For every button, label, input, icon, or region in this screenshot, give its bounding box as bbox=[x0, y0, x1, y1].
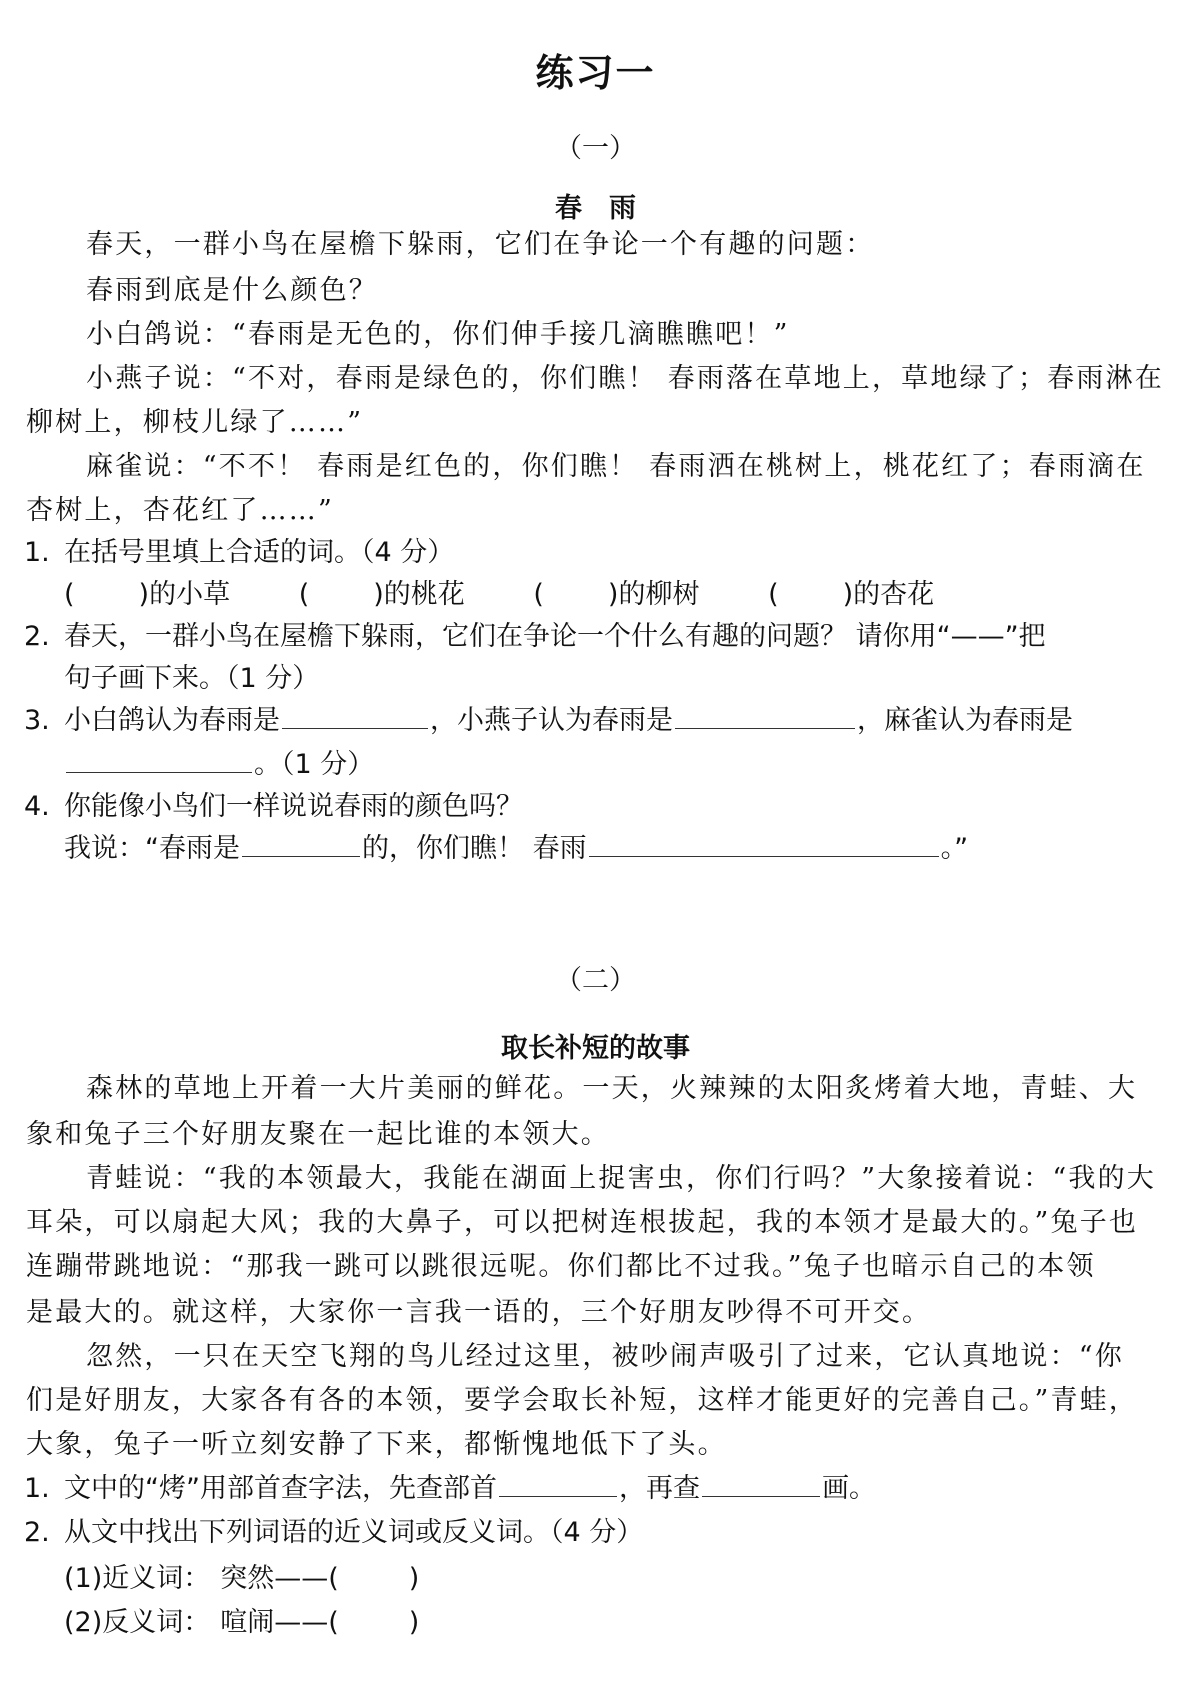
question-number: 2. bbox=[24, 1510, 64, 1556]
answer-blank[interactable] bbox=[66, 742, 252, 773]
s1-paragraph: 杏树上，杏花红了……” bbox=[26, 488, 1166, 534]
s2-paragraph: 忽然，一只在天空飞翔的鸟儿经过这里，被吵闹声吸引了过来，它认真地说：“你 bbox=[86, 1334, 1191, 1380]
s2-paragraph: 象和兔子三个好朋友聚在一起比谁的本领大。 bbox=[26, 1112, 1166, 1158]
s1-paragraph: 春天，一群小鸟在屋檐下躲雨，它们在争论一个有趣的问题： bbox=[86, 222, 1191, 268]
question-number: 3. bbox=[24, 698, 64, 744]
section-2-story-title: 取长补短的故事 bbox=[0, 1026, 1191, 1065]
s1-q1-fill-row: ()的小草 ()的桃花 ()的柳树 ()的杏花 bbox=[64, 572, 1191, 618]
question-text: ，小燕子认为春雨是 bbox=[430, 705, 673, 736]
fill-paren[interactable]: () bbox=[299, 579, 384, 610]
answer-blank[interactable] bbox=[242, 826, 360, 857]
question-number: 2. bbox=[24, 614, 64, 660]
s1-question-1: 1.在括号里填上合适的词。（4 分） bbox=[24, 530, 1174, 576]
s2-paragraph: 耳朵，可以扇起大风；我的大鼻子，可以把树连根拔起，我的本领才是最大的。”兔子也 bbox=[26, 1200, 1166, 1246]
question-text: 春天，一群小鸟在屋檐下躲雨，它们在争论一个什么有趣的问题？ 请你用“——”把 bbox=[64, 621, 1046, 652]
s1-question-3: 3.小白鸽认为春雨是，小燕子认为春雨是，麻雀认为春雨是 bbox=[24, 698, 1174, 744]
paren-close: ) bbox=[409, 1563, 420, 1594]
question-text: ，再查 bbox=[619, 1473, 700, 1504]
s2-q2-antonym-row: (2)反义词：喧闹——() bbox=[64, 1600, 1191, 1646]
question-text: 从文中找出下列词语的近义词或反义词。（4 分） bbox=[64, 1517, 643, 1548]
answer-blank[interactable] bbox=[702, 1466, 820, 1497]
question-text: 。（1 分） bbox=[254, 749, 374, 780]
question-text: 。” bbox=[941, 833, 969, 864]
answer-blank[interactable] bbox=[282, 698, 428, 729]
question-text: 我说：“春雨是 bbox=[64, 833, 240, 864]
answer-blank[interactable] bbox=[675, 698, 855, 729]
question-text: 画。 bbox=[822, 1473, 876, 1504]
worksheet-page: 练习一 （一） 春 雨 春天，一群小鸟在屋檐下躲雨，它们在争论一个有趣的问题： … bbox=[0, 0, 1191, 1684]
s2-paragraph: 是最大的。就这样，大家你一言我一语的，三个好朋友吵得不可开交。 bbox=[26, 1290, 1166, 1336]
s1-paragraph: 麻雀说：“不不！ 春雨是红色的，你们瞧！ 春雨洒在桃树上，桃花红了；春雨滴在 bbox=[86, 444, 1191, 490]
paren-close: ) bbox=[409, 1607, 420, 1638]
s1-paragraph: 小白鸽说：“春雨是无色的，你们伸手接几滴瞧瞧吧！” bbox=[86, 312, 1191, 358]
question-text: 在括号里填上合适的词。（4 分） bbox=[64, 537, 454, 568]
fill-paren[interactable]: () bbox=[533, 579, 618, 610]
item-word: 突然——( bbox=[220, 1563, 339, 1594]
s1-paragraph: 春雨到底是什么颜色？ bbox=[86, 268, 1191, 314]
fill-paren[interactable]: () bbox=[64, 579, 149, 610]
question-text: 你能像小鸟们一样说说春雨的颜色吗？ bbox=[64, 791, 523, 822]
fill-label: 的杏花 bbox=[853, 579, 934, 610]
question-text: 小白鸽认为春雨是 bbox=[64, 705, 280, 736]
s2-paragraph: 大象，兔子一听立刻安静了下来，都惭愧地低下了头。 bbox=[26, 1422, 1166, 1468]
section-1-mark: （一） bbox=[0, 126, 1191, 165]
question-text: 文中的“烤”用部首查字法，先查部首 bbox=[64, 1473, 497, 1504]
question-number: 1. bbox=[24, 530, 64, 576]
question-number: 1. bbox=[24, 1466, 64, 1512]
item-label: (2)反义词： bbox=[64, 1607, 210, 1638]
s2-paragraph: 连蹦带跳地说：“那我一跳可以跳很远呢。你们都比不过我。”兔子也暗示自己的本领 bbox=[26, 1244, 1166, 1290]
s1-question-4: 4.你能像小鸟们一样说说春雨的颜色吗？ bbox=[24, 784, 1174, 830]
page-title: 练习一 bbox=[0, 42, 1191, 97]
item-word: 喧闹——( bbox=[220, 1607, 339, 1638]
section-2-mark: （二） bbox=[0, 958, 1191, 997]
s1-paragraph: 柳树上，柳枝儿绿了……” bbox=[26, 400, 1166, 446]
s2-question-1: 1.文中的“烤”用部首查字法，先查部首，再查画。 bbox=[24, 1466, 1174, 1512]
item-label: (1)近义词： bbox=[64, 1563, 210, 1594]
s2-paragraph: 森林的草地上开着一大片美丽的鲜花。一天，火辣辣的太阳炙烤着大地，青蛙、大 bbox=[86, 1066, 1191, 1112]
fill-label: 的小草 bbox=[149, 579, 230, 610]
s2-paragraph: 青蛙说：“我的本领最大，我能在湖面上捉害虫，你们行吗？”大象接着说：“我的大 bbox=[86, 1156, 1191, 1202]
answer-blank[interactable] bbox=[589, 826, 939, 857]
s1-question-2-cont: 句子画下来。（1 分） bbox=[64, 656, 1191, 702]
question-text: ，麻雀认为春雨是 bbox=[857, 705, 1073, 736]
s2-q2-synonym-row: (1)近义词：突然——() bbox=[64, 1556, 1191, 1602]
section-1-story-title: 春 雨 bbox=[0, 186, 1191, 225]
fill-paren[interactable]: () bbox=[768, 579, 853, 610]
s1-paragraph: 小燕子说：“不对，春雨是绿色的，你们瞧！ 春雨落在草地上，草地绿了；春雨淋在 bbox=[86, 356, 1191, 402]
s1-question-4-answer: 我说：“春雨是的，你们瞧！ 春雨。” bbox=[64, 826, 1191, 872]
question-number: 4. bbox=[24, 784, 64, 830]
s1-question-3-cont: 。（1 分） bbox=[64, 742, 1191, 788]
answer-blank[interactable] bbox=[499, 1466, 617, 1497]
question-text: 的，你们瞧！ 春雨 bbox=[362, 833, 587, 864]
s1-question-2: 2.春天，一群小鸟在屋檐下躲雨，它们在争论一个什么有趣的问题？ 请你用“——”把 bbox=[24, 614, 1174, 660]
s2-paragraph: 们是好朋友，大家各有各的本领，要学会取长补短，这样才能更好的完善自己。”青蛙， bbox=[26, 1378, 1166, 1424]
fill-label: 的桃花 bbox=[384, 579, 465, 610]
fill-label: 的柳树 bbox=[618, 579, 699, 610]
s2-question-2: 2.从文中找出下列词语的近义词或反义词。（4 分） bbox=[24, 1510, 1174, 1556]
